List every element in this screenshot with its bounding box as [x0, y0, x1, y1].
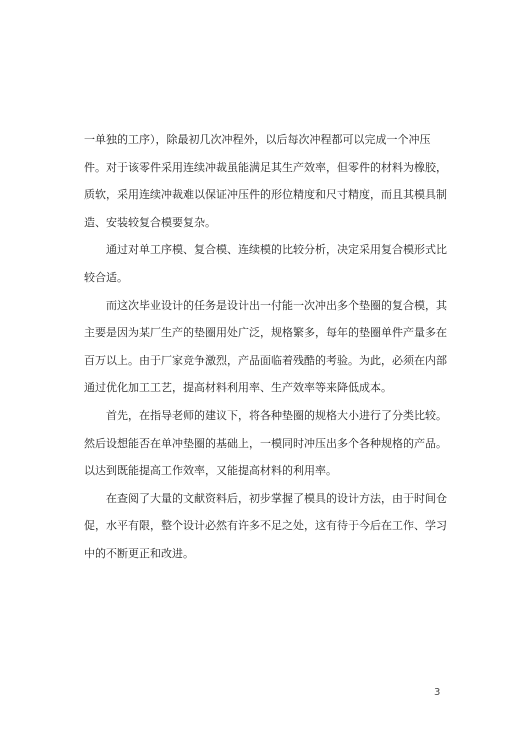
- text-line: 件。对于该零件采用连续冲裁虽能满足其生产效率，但零件的材料为橡胶，: [84, 154, 456, 182]
- page-number: 3: [434, 686, 440, 700]
- text-line-paragraph-start: 通过对单工序模、复合模、连续模的比较分析，决定采用复合模形式比: [84, 236, 456, 264]
- text-line-paragraph-start: 在查阅了大量的文献资料后，初步掌握了模具的设计方法，由于时间仓: [84, 485, 456, 513]
- text-line: 较合适。: [84, 264, 456, 292]
- text-line: 以达到既能提高工作效率，又能提高材料的利用率。: [84, 457, 456, 485]
- text-line-paragraph-start: 首先，在指导老师的建议下，将各种垫圈的规格大小进行了分类比较。: [84, 402, 456, 430]
- text-line: 百万以上。由于厂家竞争激烈，产品面临着残酷的考验。为此，必须在内部: [84, 347, 456, 375]
- text-line: 中的不断更正和改进。: [84, 540, 456, 568]
- text-line: 一单独的工序），除最初几次冲程外，以后每次冲程都可以完成一个冲压: [84, 126, 456, 154]
- document-page: 一单独的工序），除最初几次冲程外，以后每次冲程都可以完成一个冲压 件。对于该零件…: [0, 0, 520, 735]
- text-line: 主要是因为某厂生产的垫圈用处广泛，规格繁多，每年的垫圈单件产量多在: [84, 319, 456, 347]
- text-line: 然后设想能否在单冲垫圈的基础上，一模同时冲压出多个各种规格的产品。: [84, 430, 456, 458]
- text-line: 通过优化加工工艺，提高材料利用率、生产效率等来降低成本。: [84, 374, 456, 402]
- document-text: 一单独的工序），除最初几次冲程外，以后每次冲程都可以完成一个冲压 件。对于该零件…: [84, 126, 456, 568]
- text-line: 造、安装较复合模要复杂。: [84, 209, 456, 237]
- text-line-paragraph-start: 而这次毕业设计的任务是设计出一付能一次冲出多个垫圈的复合模，其: [84, 292, 456, 320]
- text-line: 质软，采用连续冲裁难以保证冲压件的形位精度和尺寸精度，而且其模具制: [84, 181, 456, 209]
- text-line: 促，水平有限，整个设计必然有许多不足之处，这有待于今后在工作、学习: [84, 512, 456, 540]
